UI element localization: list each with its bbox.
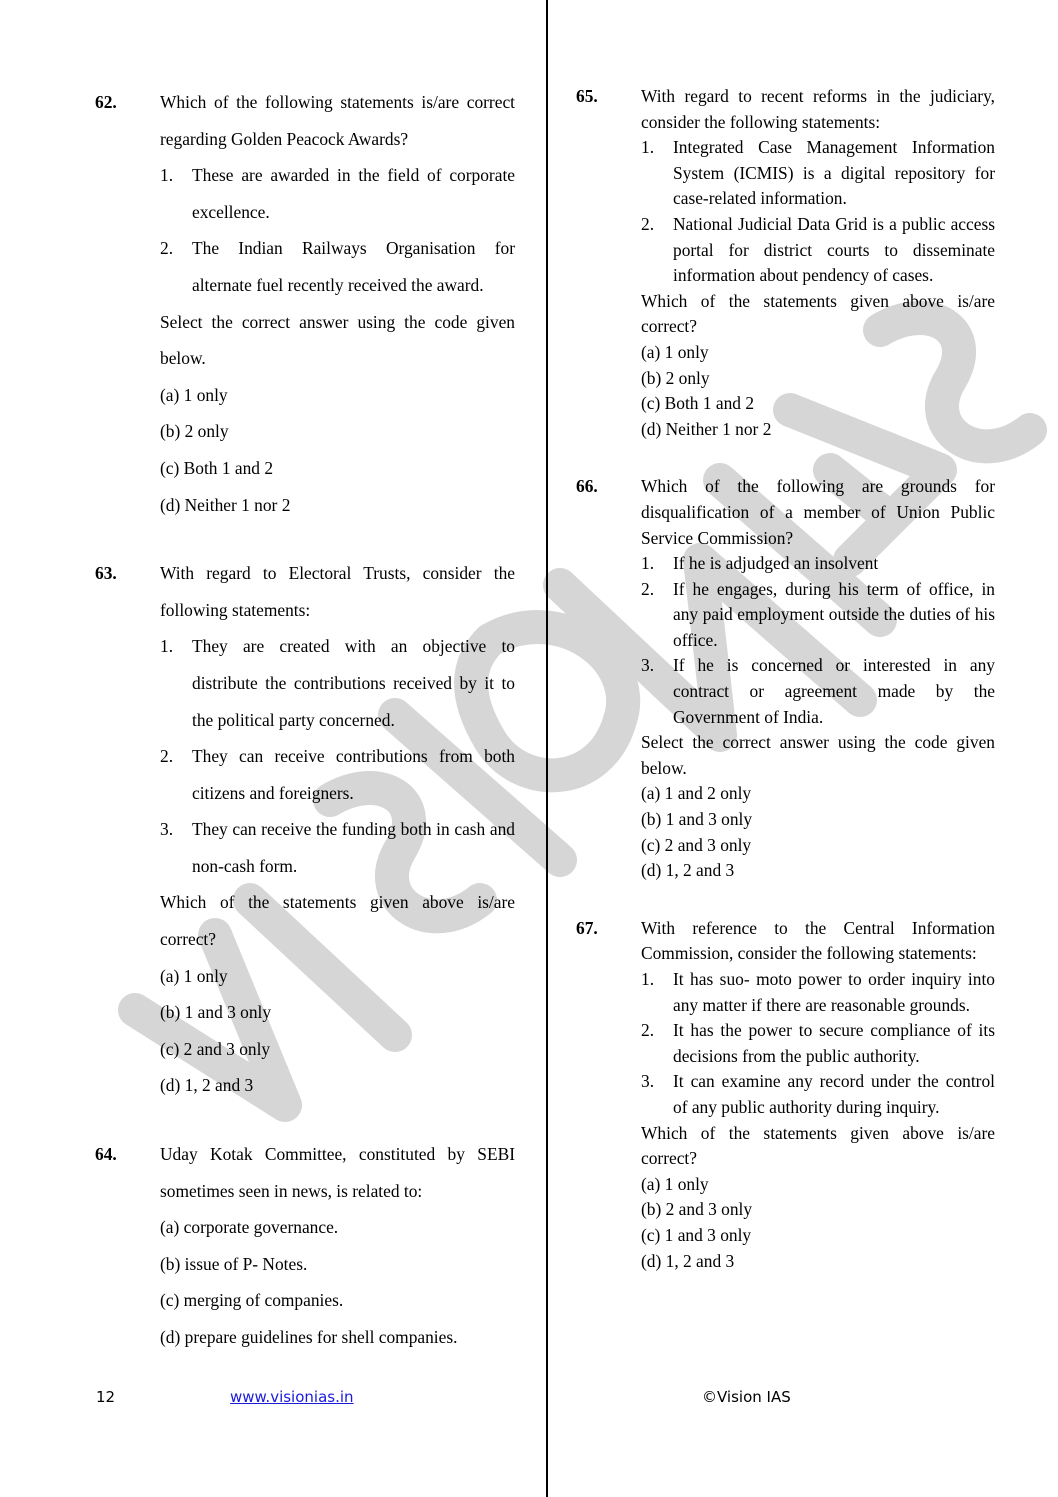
statement-number: 1. bbox=[641, 967, 654, 993]
question-65: 65.With regard to recent reforms in the … bbox=[576, 84, 995, 442]
question-stem: With reference to the Central Informatio… bbox=[641, 916, 995, 967]
statement-number: 1. bbox=[160, 157, 173, 194]
answer-option: (d) 1, 2 and 3 bbox=[641, 1249, 995, 1275]
column-divider bbox=[546, 0, 548, 1497]
answer-option: (c) 2 and 3 only bbox=[160, 1031, 515, 1068]
answer-option: (b) 2 only bbox=[160, 413, 515, 450]
answer-option: (d) 1, 2 and 3 bbox=[160, 1067, 515, 1104]
answer-option: (c) merging of companies. bbox=[160, 1282, 515, 1319]
question-66: 66.Which of the following are grounds fo… bbox=[576, 474, 995, 884]
answer-option: (c) 2 and 3 only bbox=[641, 833, 995, 859]
question-stem: With regard to recent reforms in the jud… bbox=[641, 84, 995, 135]
answer-option: (c) Both 1 and 2 bbox=[641, 391, 995, 417]
answer-option: (d) prepare guidelines for shell compani… bbox=[160, 1319, 515, 1356]
question-number: 65. bbox=[576, 84, 598, 110]
answer-option: (d) 1, 2 and 3 bbox=[641, 858, 995, 884]
statement-item: 2.National Judicial Data Grid is a publi… bbox=[641, 212, 995, 289]
statement-item: 1.Integrated Case Management Information… bbox=[641, 135, 995, 212]
statement-number: 2. bbox=[641, 1018, 654, 1044]
answer-option: (a) 1 and 2 only bbox=[641, 781, 995, 807]
question-instruction: Select the correct answer using the code… bbox=[641, 730, 995, 781]
question-number: 67. bbox=[576, 916, 598, 942]
question-64: 64.Uday Kotak Committee, constituted by … bbox=[95, 1136, 515, 1356]
answer-option: (c) Both 1 and 2 bbox=[160, 450, 515, 487]
question-number: 63. bbox=[95, 555, 117, 592]
statement-item: 1.These are awarded in the field of corp… bbox=[160, 157, 515, 230]
statement-item: 3.If he is concerned or interested in an… bbox=[641, 653, 995, 730]
answer-option: (b) 2 and 3 only bbox=[641, 1197, 995, 1223]
statement-text: Integrated Case Management Information S… bbox=[673, 137, 995, 208]
statement-number: 2. bbox=[641, 212, 654, 238]
question-instruction: Select the correct answer using the code… bbox=[160, 304, 515, 377]
question-stem: With regard to Electoral Trusts, conside… bbox=[160, 555, 515, 628]
question-instruction: Which of the statements given above is/a… bbox=[160, 884, 515, 957]
statement-number: 1. bbox=[641, 135, 654, 161]
statement-item: 1.It has suo- moto power to order inquir… bbox=[641, 967, 995, 1018]
website-link[interactable]: www.visionias.in bbox=[230, 1388, 354, 1406]
answer-option: (b) 1 and 3 only bbox=[160, 994, 515, 1031]
question-62: 62.Which of the following statements is/… bbox=[95, 84, 515, 523]
statement-number: 2. bbox=[160, 230, 173, 267]
statement-number: 2. bbox=[641, 577, 654, 603]
statement-number: 1. bbox=[641, 551, 654, 577]
statement-number: 3. bbox=[160, 811, 173, 848]
statement-item: 2.It has the power to secure compliance … bbox=[641, 1018, 995, 1069]
statement-text: If he engages, during his term of office… bbox=[673, 579, 995, 650]
statement-item: 1.They are created with an objective to … bbox=[160, 628, 515, 738]
question-63: 63.With regard to Electoral Trusts, cons… bbox=[95, 555, 515, 1104]
answer-option: (a) 1 only bbox=[641, 340, 995, 366]
right-column: 65.With regard to recent reforms in the … bbox=[576, 84, 995, 1274]
copyright-text: ©Vision IAS bbox=[702, 1388, 791, 1406]
answer-option: (a) 1 only bbox=[641, 1172, 995, 1198]
statement-text: They are created with an objective to di… bbox=[192, 636, 515, 729]
answer-option: (b) 2 only bbox=[641, 366, 995, 392]
question-stem: Which of the following statements is/are… bbox=[160, 84, 515, 157]
question-number: 64. bbox=[95, 1136, 117, 1173]
statement-text: National Judicial Data Grid is a public … bbox=[673, 214, 995, 285]
statement-text: It has suo- moto power to order inquiry … bbox=[673, 969, 995, 1015]
statement-number: 3. bbox=[641, 653, 654, 679]
page-number: 12 bbox=[96, 1388, 115, 1406]
question-instruction: Which of the statements given above is/a… bbox=[641, 1121, 995, 1172]
statement-number: 3. bbox=[641, 1069, 654, 1095]
statement-number: 1. bbox=[160, 628, 173, 665]
answer-option: (a) 1 only bbox=[160, 377, 515, 414]
question-number: 66. bbox=[576, 474, 598, 500]
question-stem: Uday Kotak Committee, constituted by SEB… bbox=[160, 1136, 515, 1209]
statement-item: 2.If he engages, during his term of offi… bbox=[641, 577, 995, 654]
statement-item: 3.They can receive the funding both in c… bbox=[160, 811, 515, 884]
statement-item: 2.They can receive contributions from bo… bbox=[160, 738, 515, 811]
statement-text: If he is concerned or interested in any … bbox=[673, 655, 995, 726]
answer-option: (c) 1 and 3 only bbox=[641, 1223, 995, 1249]
statement-text: These are awarded in the field of corpor… bbox=[192, 165, 515, 222]
statement-text: It can examine any record under the cont… bbox=[673, 1071, 995, 1117]
answer-option: (a) corporate governance. bbox=[160, 1209, 515, 1246]
statement-text: If he is adjudged an insolvent bbox=[673, 553, 878, 573]
left-column: 62.Which of the following statements is/… bbox=[95, 84, 515, 1356]
statement-number: 2. bbox=[160, 738, 173, 775]
question-number: 62. bbox=[95, 84, 117, 121]
question-67: 67.With reference to the Central Informa… bbox=[576, 916, 995, 1274]
statement-text: It has the power to secure compliance of… bbox=[673, 1020, 995, 1066]
answer-option: (d) Neither 1 nor 2 bbox=[160, 487, 515, 524]
statement-item: 3.It can examine any record under the co… bbox=[641, 1069, 995, 1120]
statement-item: 2.The Indian Railways Organisation for a… bbox=[160, 230, 515, 303]
statement-text: The Indian Railways Organisation for alt… bbox=[192, 238, 515, 295]
question-stem: Which of the following are grounds for d… bbox=[641, 474, 995, 551]
statement-item: 1.If he is adjudged an insolvent bbox=[641, 551, 995, 577]
statement-text: They can receive contributions from both… bbox=[192, 746, 515, 803]
statement-text: They can receive the funding both in cas… bbox=[192, 819, 515, 876]
answer-option: (b) issue of P- Notes. bbox=[160, 1246, 515, 1283]
question-instruction: Which of the statements given above is/a… bbox=[641, 289, 995, 340]
answer-option: (d) Neither 1 nor 2 bbox=[641, 417, 995, 443]
answer-option: (b) 1 and 3 only bbox=[641, 807, 995, 833]
answer-option: (a) 1 only bbox=[160, 958, 515, 995]
